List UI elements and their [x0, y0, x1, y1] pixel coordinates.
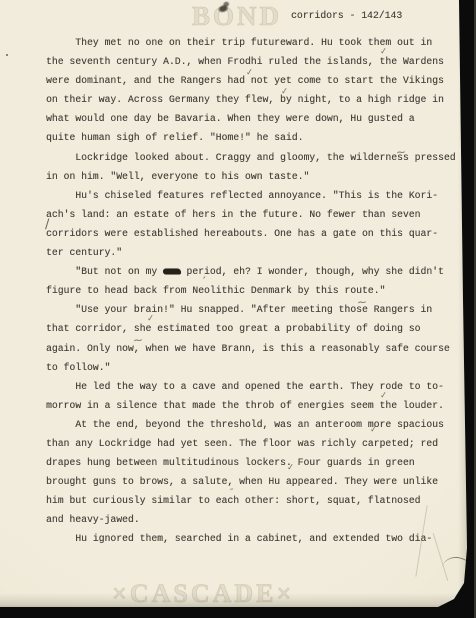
text-line: than any Lockridge had yet seen. The flo… — [46, 434, 456, 453]
pencil-check-wardens: ✓ — [380, 48, 388, 58]
text-line: brought guns to brows, a salute, when Hu… — [46, 472, 456, 491]
text-line: again. Only now, when we have Brann, is … — [46, 339, 456, 358]
pencil-tick-neolithic: ´ — [201, 276, 207, 287]
paper-edge-shadow-right — [458, 0, 468, 609]
pencil-dquote-other: ″ — [230, 489, 233, 498]
text-line: "Use your brain!" Hu snapped. "After mee… — [46, 300, 456, 319]
page-body-text: They met no one on their trip futureward… — [46, 33, 456, 549]
pencil-check-appeared: ✓ — [287, 464, 295, 474]
text-line: Hu's chiseled features reflected annoyan… — [46, 186, 456, 205]
text-line: He led the way to a cave and opened the … — [46, 377, 456, 396]
page-header: corridors - 142/143 — [291, 10, 402, 22]
text-line: ter century." — [46, 243, 456, 262]
text-line: "But not on my period, eh? I wonder, tho… — [46, 262, 456, 281]
text-line: him but curiously similar to each other:… — [46, 491, 456, 510]
text-line: and heavy-jawed. — [46, 510, 456, 529]
text-line: corridors were established hereabouts. O… — [46, 224, 456, 243]
pencil-dash-when: ~ — [133, 334, 144, 347]
text-line: Hu ignored them, searched in a cabinet, … — [46, 529, 456, 548]
text-line: on their way. Across Germany they flew, … — [46, 90, 456, 109]
pencil-check-louder: ✓ — [380, 392, 388, 402]
text-line: ach's land: an estate of hers in the fut… — [46, 205, 456, 224]
pencil-slash-corridors: ∕ — [45, 218, 49, 231]
text-line: Lockridge looked about. Craggy and gloom… — [46, 148, 456, 167]
text-line: in on him. "Well, everyone to his own ta… — [46, 167, 456, 186]
pencil-dash-pressed: ~ — [396, 146, 407, 159]
text-line: drapes hung between multitudinous locker… — [46, 453, 456, 472]
watermark-cascade: ×CASCADE× — [112, 579, 294, 609]
paper-edge-shadow-bottom — [0, 593, 470, 609]
redacted-word — [163, 268, 181, 275]
scanned-page-background: ×CASCADE×BOND corridors - 142/143 They m… — [0, 0, 476, 618]
ink-smudge-top — [216, 0, 233, 15]
text-line: At the end, beyond the threshold, was an… — [46, 415, 456, 434]
pencil-check-carpeted: ✓ — [370, 426, 378, 436]
text-line: figure to head back from Neolithic Denma… — [46, 281, 456, 300]
pencil-check-estimated: ✓ — [147, 315, 155, 325]
text-line: that corridor, she estimated too great a… — [46, 319, 456, 338]
pencil-dash-rangers: ~ — [357, 296, 368, 309]
paper-speck-left — [6, 54, 8, 56]
text-line: what would one day be Bavaria. When they… — [46, 109, 456, 128]
pencil-check-night: ✓ — [281, 88, 289, 98]
text-line: They met no one on their trip futureward… — [46, 33, 456, 52]
manuscript-page: ×CASCADE×BOND corridors - 142/143 They m… — [0, 0, 470, 609]
pencil-hook-corner — [442, 554, 473, 574]
watermark-bond: BOND — [192, 1, 282, 32]
pencil-check-start: ✓ — [246, 69, 254, 79]
text-line: to follow." — [46, 358, 456, 377]
text-line: morrow in a silence that made the throb … — [46, 396, 456, 415]
